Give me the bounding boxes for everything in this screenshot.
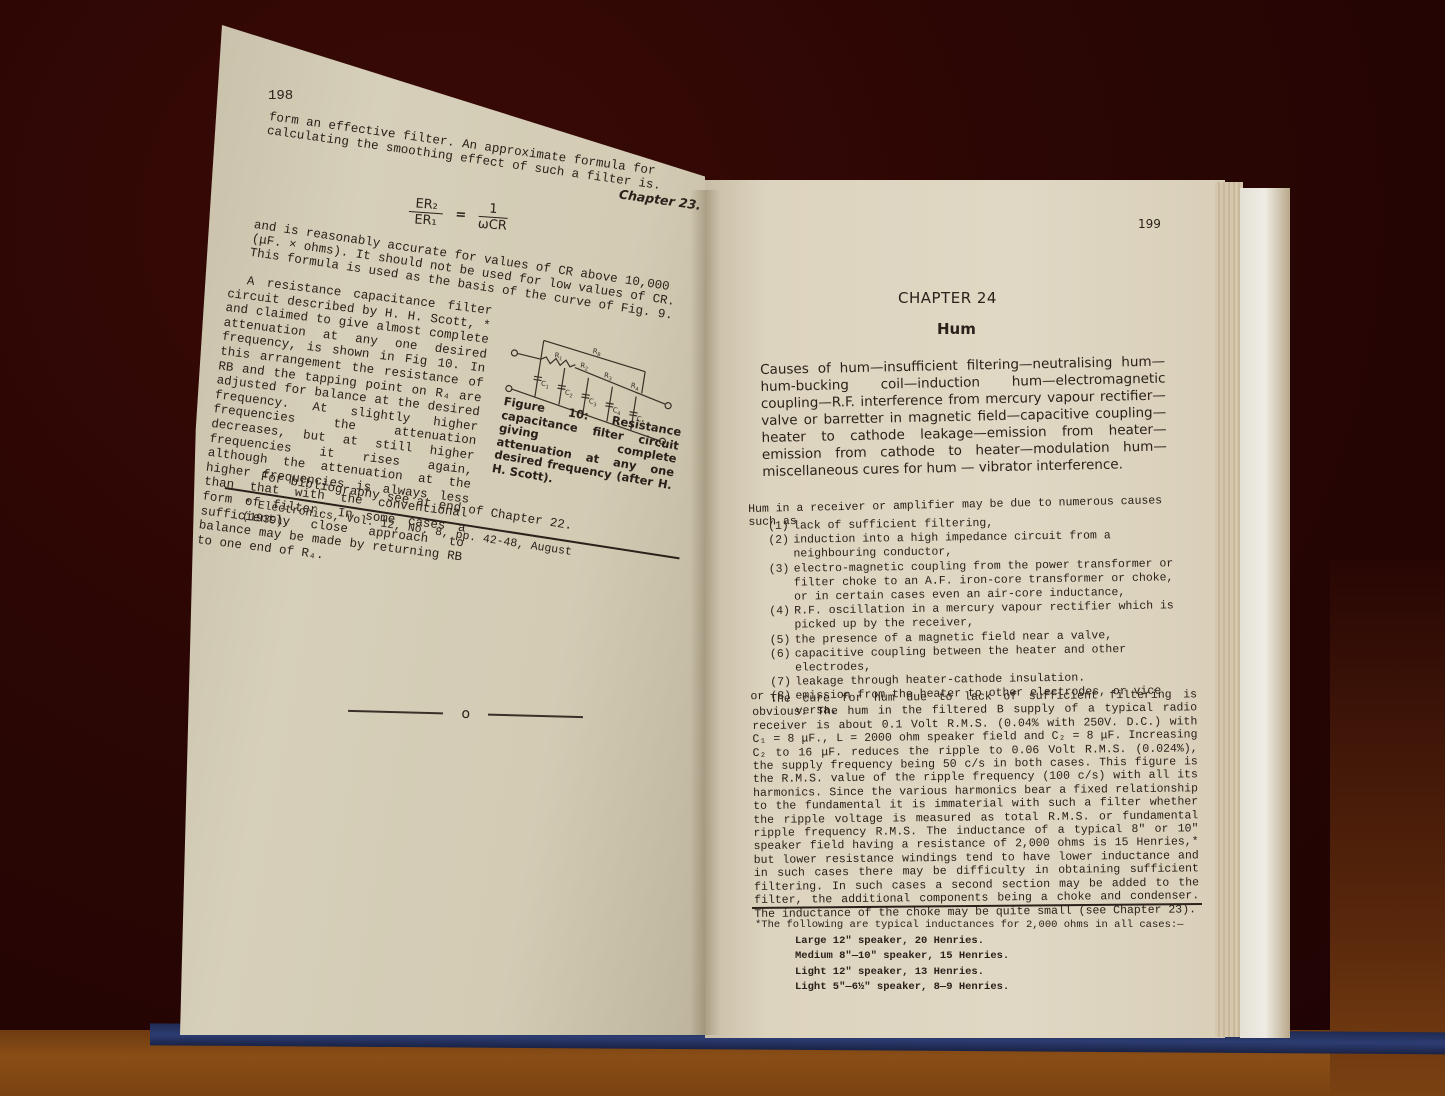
svg-text:2: 2	[569, 393, 573, 399]
formula-rhs-denominator: ωCR	[477, 217, 507, 234]
footnote-lead: *The following are typical inductances f…	[755, 918, 1195, 934]
svg-text:1: 1	[559, 356, 563, 362]
chapter-heading: CHAPTER 24	[898, 289, 997, 307]
cause-number: (3)	[769, 562, 795, 605]
cause-number: (5)	[770, 633, 795, 648]
cause-item: (3)electro-magnetic coupling from the po…	[769, 557, 1195, 606]
ornament-circle: o	[461, 706, 470, 722]
endpaper	[1240, 188, 1290, 1038]
cause-text: capacitive coupling between the heater a…	[795, 642, 1195, 676]
cause-item: (6)capacitive coupling between the heate…	[770, 642, 1195, 676]
formula-equals: =	[455, 207, 467, 223]
svg-text:4: 4	[635, 386, 639, 392]
cause-number: (2)	[768, 534, 793, 563]
formula-lhs-denominator: ER₁	[414, 212, 437, 229]
cause-number: (7)	[770, 676, 795, 691]
footnote-item: Light 5″—6½″ speaker, 8—9 Henries.	[755, 980, 1195, 996]
cause-number: (1)	[768, 520, 793, 535]
chapter-synopsis: Causes of hum—insufficient filtering—neu…	[760, 354, 1167, 481]
formula-lhs: ER₂ ER₁	[408, 196, 445, 229]
cause-text: electro-magnetic coupling from the power…	[794, 557, 1195, 605]
chapter-title: Hum	[937, 320, 976, 338]
footnote-right: *The following are typical inductances f…	[755, 918, 1195, 996]
background-shadow	[1330, 560, 1445, 1096]
formula-rhs: 1 ωCR	[477, 201, 508, 234]
page-number-left: 198	[268, 88, 293, 104]
svg-text:3: 3	[608, 376, 612, 382]
footnote-item: Medium 8″—10″ speaker, 15 Henries.	[755, 949, 1195, 965]
svg-text:3: 3	[593, 402, 597, 408]
cause-text: R.F. oscillation in a mercury vapour rec…	[794, 599, 1194, 633]
cause-item: (4)R.F. oscillation in a mercury vapour …	[769, 599, 1194, 633]
footnote-item: Light 12″ speaker, 13 Henries.	[755, 965, 1195, 981]
page-number-right: 199	[1138, 217, 1161, 231]
svg-text:1: 1	[545, 384, 549, 390]
page-edges	[1215, 182, 1243, 1037]
hum-cure-paragraph: The cure for hum due to lack of sufficie…	[752, 688, 1199, 921]
ornament-line-right	[488, 714, 583, 718]
cause-number: (4)	[769, 605, 794, 634]
svg-text:2: 2	[584, 366, 588, 372]
ornament-line-left	[348, 710, 443, 714]
cause-number: (6)	[770, 647, 795, 676]
footnote-item: Large 12″ speaker, 20 Henries.	[755, 934, 1195, 950]
